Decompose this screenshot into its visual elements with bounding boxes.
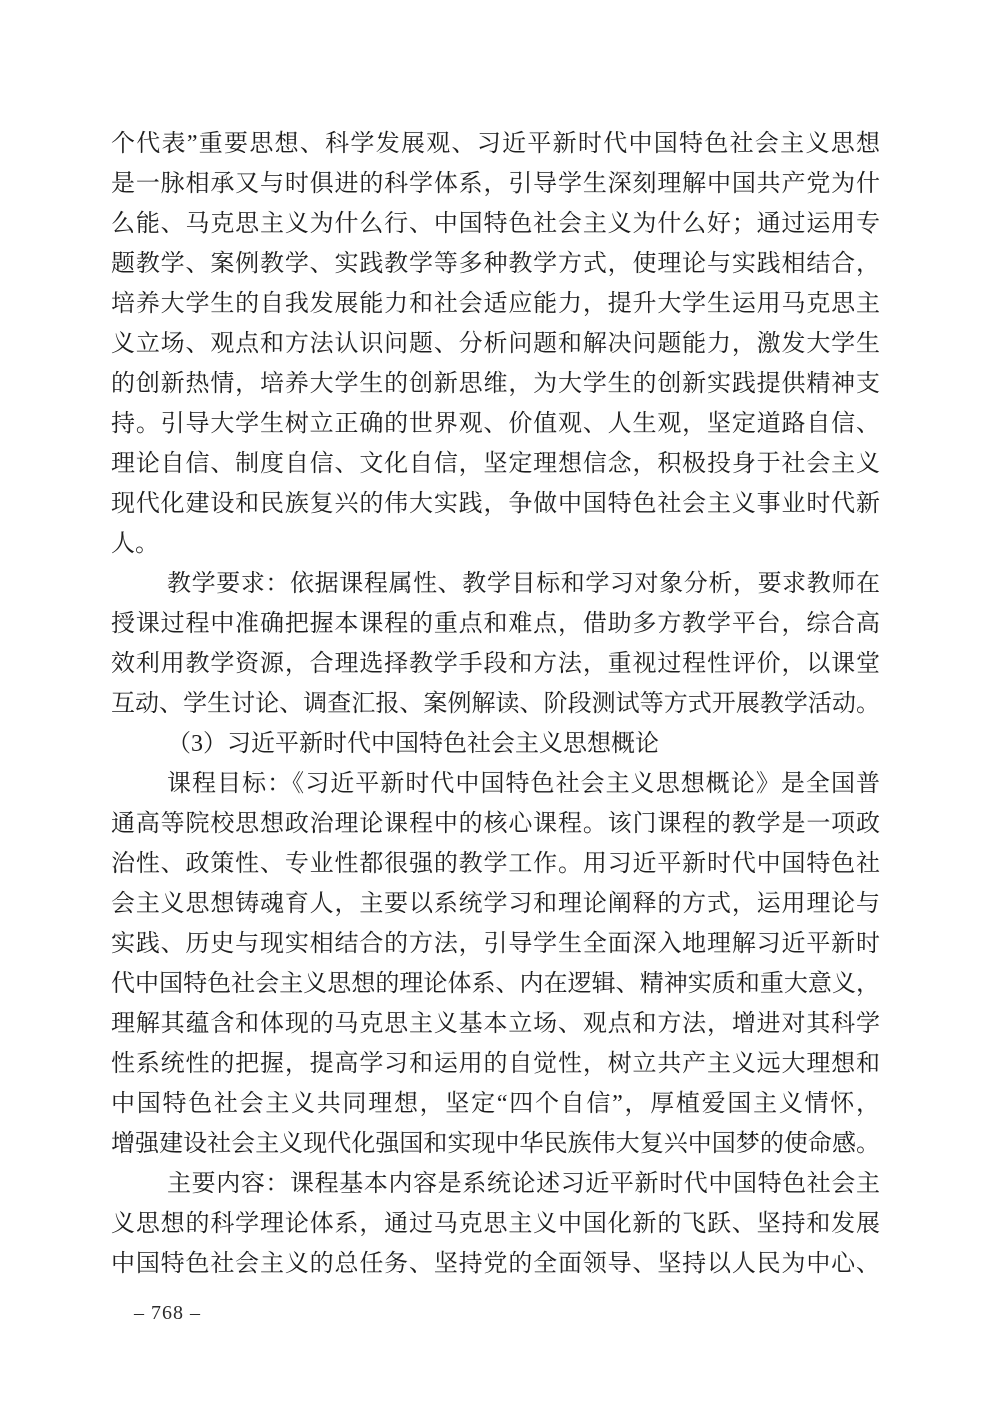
- page-number: – 768 –: [134, 1299, 201, 1327]
- text-line: 题教学、案例教学、实践教学等多种教学方式，使理论与实践相结合，: [111, 244, 880, 284]
- text-line: 性系统性的把握，提高学习和运用的自觉性，树立共产主义远大理想和: [111, 1044, 880, 1084]
- text-line: 义思想的科学理论体系，通过马克思主义中国化新的飞跃、坚持和发展: [111, 1204, 880, 1244]
- text-line: 是一脉相承又与时俱进的科学体系，引导学生深刻理解中国共产党为什: [111, 164, 880, 204]
- text-line: 理论自信、制度自信、文化自信，坚定理想信念，积极投身于社会主义: [111, 444, 880, 484]
- heading-line: （3）习近平新时代中国特色社会主义思想概论: [111, 724, 880, 764]
- text-line: 个代表”重要思想、科学发展观、习近平新时代中国特色社会主义思想: [111, 124, 880, 164]
- text-line: 现代化建设和民族复兴的伟大实践，争做中国特色社会主义事业时代新: [111, 484, 880, 524]
- text-line: 实践、历史与现实相结合的方法，引导学生全面深入地理解习近平新时: [111, 924, 880, 964]
- text-line: 代中国特色社会主义思想的理论体系、内在逻辑、精神实质和重大意义，: [111, 964, 880, 1004]
- text-line: 增强建设社会主义现代化强国和实现中华民族伟大复兴中国梦的使命感。: [111, 1124, 880, 1164]
- text-block: 个代表”重要思想、科学发展观、习近平新时代中国特色社会主义思想是一脉相承又与时俱…: [111, 124, 880, 1284]
- text-line: 人。: [111, 524, 880, 564]
- text-line: 效利用教学资源，合理选择教学手段和方法，重视过程性评价，以课堂: [111, 644, 880, 684]
- text-line: 课程目标：《习近平新时代中国特色社会主义思想概论》是全国普: [111, 764, 880, 804]
- text-line: 中国特色社会主义共同理想，坚定“四个自信”，厚植爱国主义情怀，: [111, 1084, 880, 1124]
- text-line: 治性、政策性、专业性都很强的教学工作。用习近平新时代中国特色社: [111, 844, 880, 884]
- text-line: 么能、马克思主义为什么行、中国特色社会主义为什么好；通过运用专: [111, 204, 880, 244]
- text-line: 的创新热情，培养大学生的创新思维，为大学生的创新实践提供精神支: [111, 364, 880, 404]
- text-line: 互动、学生讨论、调查汇报、案例解读、阶段测试等方式开展教学活动。: [111, 684, 880, 724]
- text-line: 教学要求：依据课程属性、教学目标和学习对象分析，要求教师在: [111, 564, 880, 604]
- text-line: 授课过程中准确把握本课程的重点和难点，借助多方教学平台，综合高: [111, 604, 880, 644]
- text-line: 通高等院校思想政治理论课程中的核心课程。该门课程的教学是一项政: [111, 804, 880, 844]
- text-line: 培养大学生的自我发展能力和社会适应能力，提升大学生运用马克思主: [111, 284, 880, 324]
- text-line: 会主义思想铸魂育人，主要以系统学习和理论阐释的方式，运用理论与: [111, 884, 880, 924]
- document-page: 个代表”重要思想、科学发展观、习近平新时代中国特色社会主义思想是一脉相承又与时俱…: [0, 0, 1000, 1414]
- text-line: 义立场、观点和方法认识问题、分析问题和解决问题能力，激发大学生: [111, 324, 880, 364]
- text-line: 理解其蕴含和体现的马克思主义基本立场、观点和方法，增进对其科学: [111, 1004, 880, 1044]
- text-line: 中国特色社会主义的总任务、坚持党的全面领导、坚持以人民为中心、: [111, 1244, 880, 1284]
- text-line: 持。引导大学生树立正确的世界观、价值观、人生观，坚定道路自信、: [111, 404, 880, 444]
- text-line: 主要内容：课程基本内容是系统论述习近平新时代中国特色社会主: [111, 1164, 880, 1204]
